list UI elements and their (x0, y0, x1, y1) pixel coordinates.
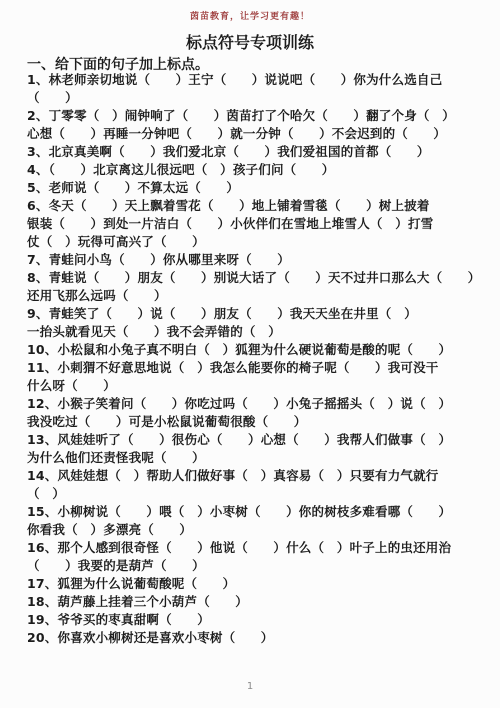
exercise-19-line: 19、爷爷买的枣真甜啊（ ） (27, 611, 496, 629)
exercise-4-line: 4、（ ）北京离这儿很远吧（ ）孩子们问（ ） (27, 161, 496, 179)
exercise-6-line: 6、冬天（ ）天上飘着雪花（ ）地上铺着雪毯（ ）树上披着 (27, 197, 496, 215)
exercise-14-line: （ ） (27, 485, 496, 503)
exercise-list: 1、林老师亲切地说（ ）王宁（ ）说说吧（ ）你为什么选自己（ ）2、丁零零（ … (27, 71, 496, 647)
exercise-17-line: 17、狐狸为什么说葡萄酸呢（ ） (27, 575, 496, 593)
exercise-2-line: 2、丁零零（ ）闹钟响了（ ）茵苗打了个哈欠（ ）翻了个身（ ） (27, 107, 496, 125)
exercise-1-line: （ ） (27, 89, 496, 107)
exercise-2-line: 心想（ ）再睡一分钟吧（ ）就一分钟（ ）不会迟到的（ ） (27, 125, 496, 143)
page-title: 标点符号专项训练 (0, 30, 500, 53)
exercise-12-line: 12、小猴子笑着问（ ）你吃过吗（ ）小兔子摇摇头（ ）说（ ） (27, 395, 496, 413)
exercise-9-line: 9、青蛙笑了（ ）说（ ）朋友（ ）我天天坐在井里（ ） (27, 305, 496, 323)
exercise-12-line: 我没吃过（ ）可是小松鼠说葡萄很酸（ ） (27, 413, 496, 431)
exercise-6-line: 银装（ ）到处一片洁白（ ）小伙伴们在雪地上堆雪人（ ）打雪 (27, 215, 496, 233)
exercise-16-line: （ ）我要的是葫芦（ ） (27, 557, 496, 575)
exercise-13-line: 为什么他们还责怪我呢（ ） (27, 449, 496, 467)
exercise-6-line: 仗（ ）玩得可高兴了（ ） (27, 233, 496, 251)
exercise-15-line: 15、小柳树说（ ）喂（ ）小枣树（ ）你的树枝多难看哪（ ） (27, 503, 496, 521)
exercise-9-line: 一抬头就看见天（ ）我不会弄错的（ ） (27, 323, 496, 341)
exercise-7-line: 7、青蛙问小鸟（ ）你从哪里来呀（ ） (27, 251, 496, 269)
exercise-8-line: 8、青蛙说（ ）朋友（ ）别说大话了（ ）天不过井口那么大（ ） (27, 269, 496, 287)
exercise-3-line: 3、北京真美啊（ ）我们爱北京（ ）我们爱祖国的首都（ ） (27, 143, 496, 161)
exercise-16-line: 16、那个人感到很奇怪（ ）他说（ ）什么（ ）叶子上的虫还用治 (27, 539, 496, 557)
exercise-10-line: 10、小松鼠和小兔子真不明白（ ）狐狸为什么硬说葡萄是酸的呢（ ） (27, 341, 496, 359)
exercise-15-line: 你看我（ ）多漂亮（ ） (27, 521, 496, 539)
exercise-8-line: 还用飞那么远吗（ ） (27, 287, 496, 305)
header-slogan: 茵苗教育，让学习更有趣！ (0, 9, 500, 22)
exercise-14-line: 14、风娃娃想（ ）帮助人们做好事（ ）真容易（ ）只要有力气就行 (27, 467, 496, 485)
exercise-11-line: 11、小刺猬不好意思地说（ ）我怎么能要你的椅子呢（ ）我可没干 (27, 359, 496, 377)
worksheet-page: 茵苗教育，让学习更有趣！ 标点符号专项训练 一、给下面的句子加上标点。 1、林老… (0, 0, 500, 708)
exercise-20-line: 20、你喜欢小柳树还是喜欢小枣树（ ） (27, 629, 496, 647)
exercise-18-line: 18、葫芦藤上挂着三个小葫芦（ ） (27, 593, 496, 611)
page-number: 1 (0, 681, 500, 692)
exercise-11-line: 什么呀（ ） (27, 377, 496, 395)
exercise-5-line: 5、老师说（ ）不算太远（ ） (27, 179, 496, 197)
exercise-13-line: 13、风娃娃听了（ ）很伤心（ ）心想（ ）我帮人们做事（ ） (27, 431, 496, 449)
exercise-1-line: 1、林老师亲切地说（ ）王宁（ ）说说吧（ ）你为什么选自己 (27, 71, 496, 89)
